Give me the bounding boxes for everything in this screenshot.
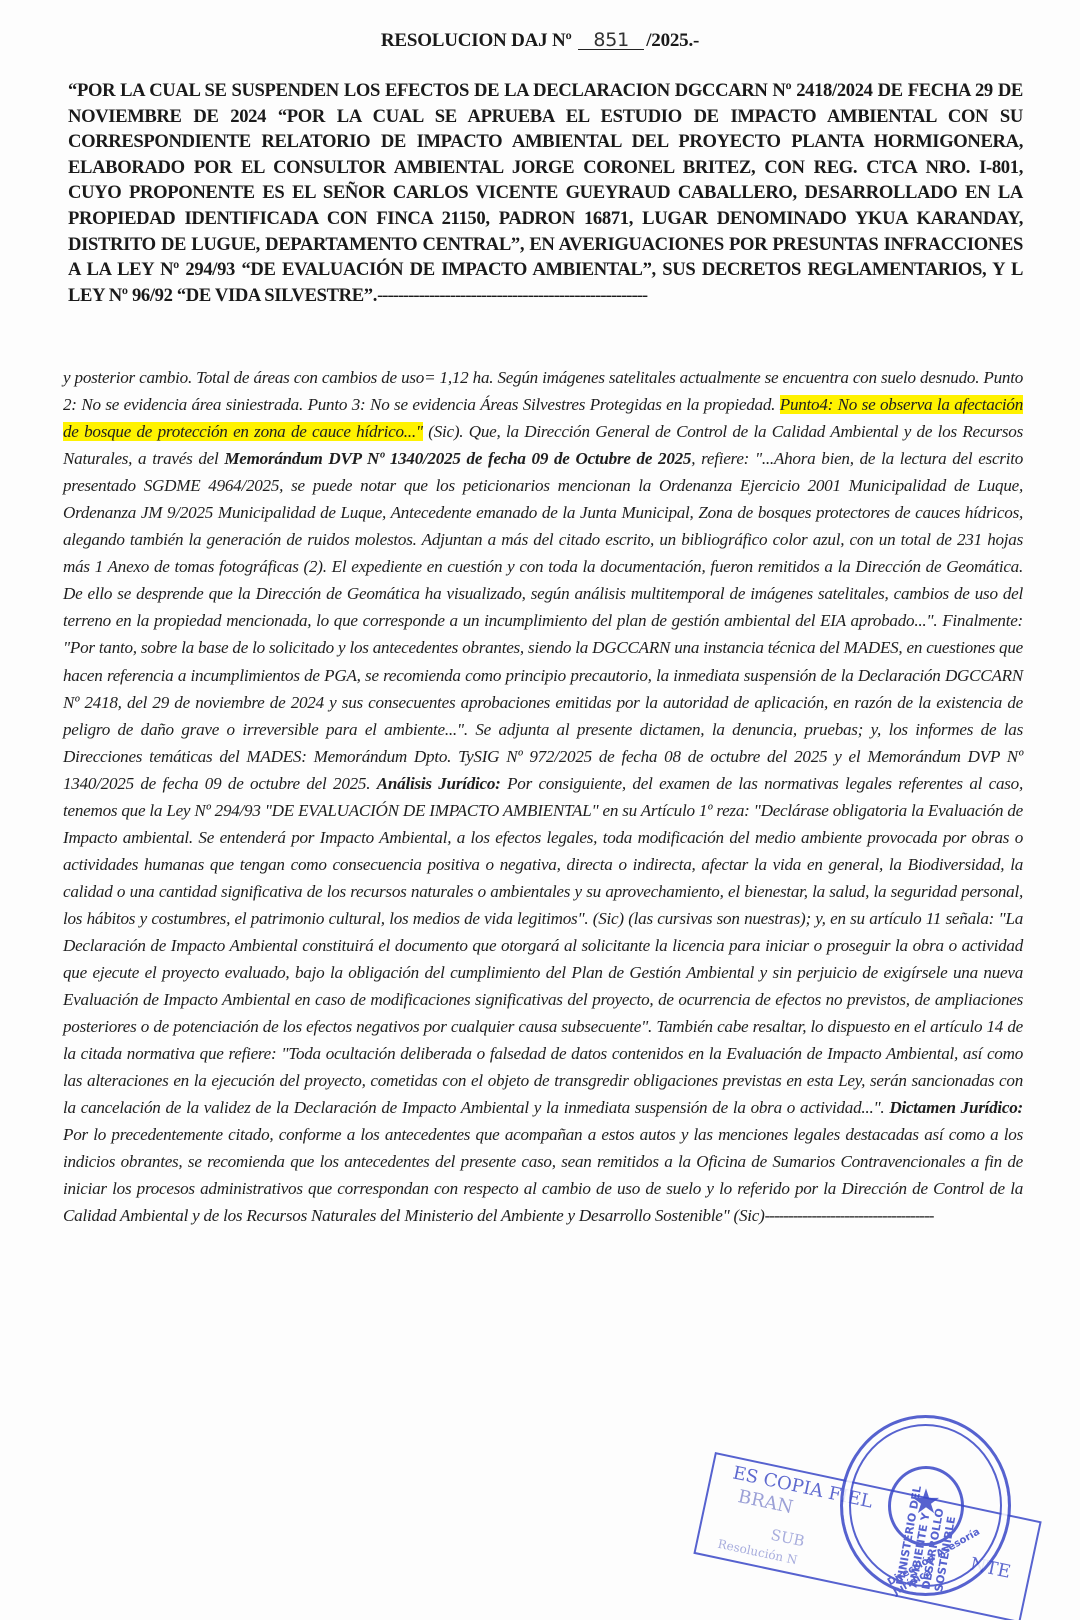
resolution-title: RESOLUCION DAJ Nº 851/2025.- bbox=[0, 30, 1080, 52]
seal-inner-ring: ★ bbox=[888, 1466, 964, 1546]
subject-text: “POR LA CUAL SE SUSPENDEN LOS EFECTOS DE… bbox=[68, 80, 1023, 306]
body-trailing-dashes: ------------------------------------ bbox=[765, 1206, 934, 1225]
resolution-subject: “POR LA CUAL SE SUSPENDEN LOS EFECTOS DE… bbox=[68, 78, 1023, 308]
title-suffix: /2025.- bbox=[646, 30, 699, 51]
ministry-seal-stamp: MINISTERIO DEL AMBIENTE Y DESARROLLO SOS… bbox=[840, 1415, 1011, 1596]
stamp-line-4: SUB bbox=[769, 1526, 806, 1551]
resolution-number: 851 bbox=[578, 31, 644, 50]
body-text-4: Por consiguiente, del examen de las norm… bbox=[63, 774, 1023, 1118]
subject-trailing-dashes: ----------------------------------------… bbox=[377, 285, 647, 306]
title-prefix: RESOLUCION DAJ Nº bbox=[381, 30, 572, 51]
body-text-3: , refiere: "...Ahora bien, de la lectura… bbox=[63, 449, 1023, 793]
resolution-body: y posterior cambio. Total de áreas con c… bbox=[63, 364, 1023, 1230]
document-page: RESOLUCION DAJ Nº 851/2025.- “POR LA CUA… bbox=[0, 0, 1080, 1620]
memo-reference: Memorándum DVP Nº 1340/2025 de fecha 09 … bbox=[224, 449, 691, 468]
seal-star-icon: ★ bbox=[891, 1483, 961, 1523]
dictamen-juridico-label: Dictamen Jurídico: bbox=[889, 1098, 1023, 1117]
analisis-juridico-label: Análisis Jurídico: bbox=[377, 774, 501, 793]
